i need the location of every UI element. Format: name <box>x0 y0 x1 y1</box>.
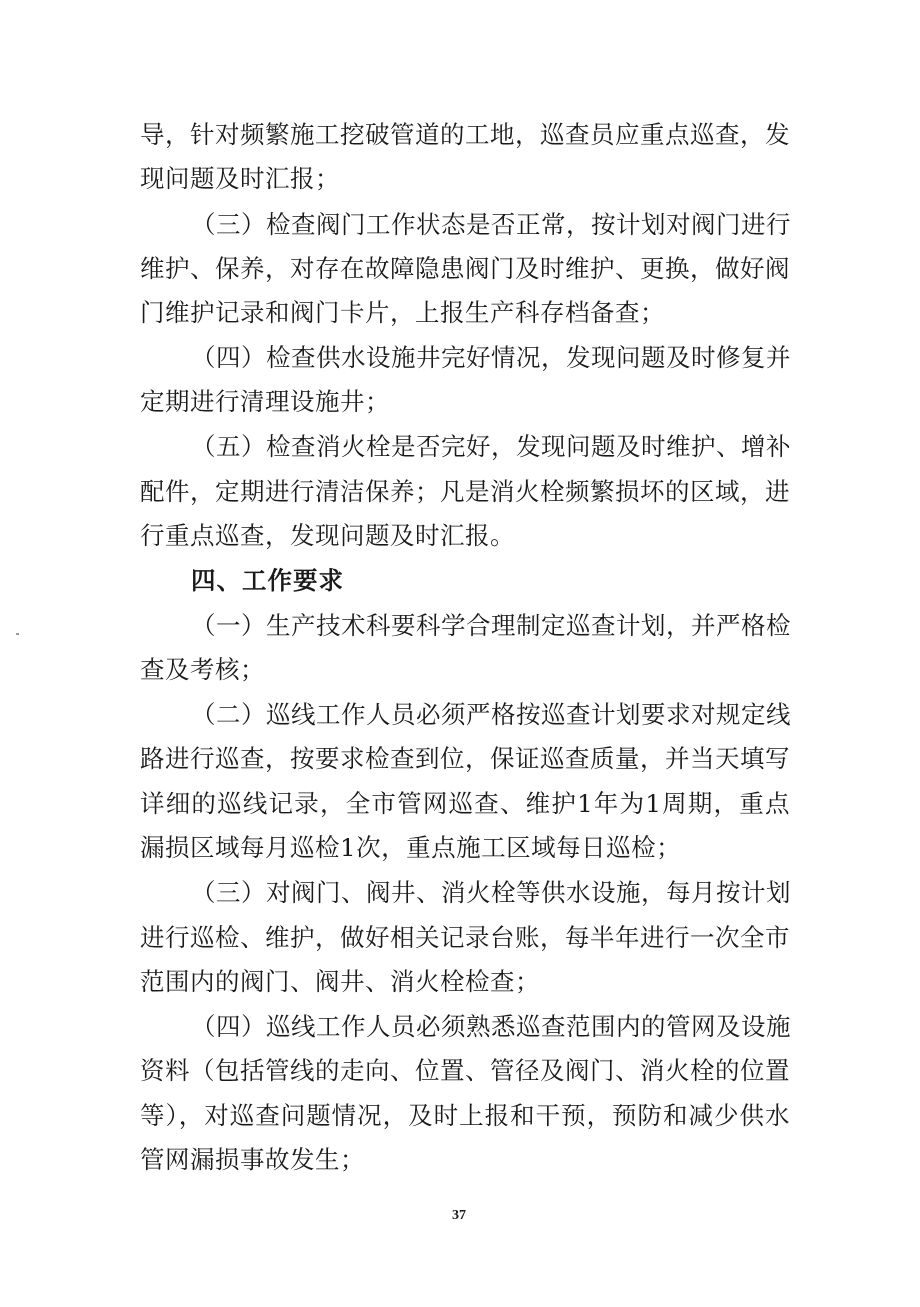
scan-artifact-mark <box>16 633 19 635</box>
paragraph-first-line: （三）对阀门、阀井、消火栓等供水设施，每月按计划 <box>191 878 790 908</box>
paragraph-line: 行重点巡查，发现问题及时汇报。 <box>140 521 790 551</box>
paragraph-line: 资料（包括管线的走向、位置、管径及阀门、消火栓的位置 <box>140 1056 790 1086</box>
paragraph-first-line: （一）生产技术科要科学合理制定巡查计划，并严格检 <box>191 611 790 641</box>
paragraph-first-line: （四）检查供水设施井完好情况，发现问题及时修复并 <box>191 343 790 373</box>
paragraph-first-line: （五）检查消火栓是否完好，发现问题及时维护、增补 <box>191 432 790 462</box>
paragraph-line: 路进行巡查，按要求检查到位，保证巡查质量，并当天填写 <box>140 744 790 774</box>
paragraph-line: 门维护记录和阀门卡片，上报生产科存档备查； <box>140 298 790 328</box>
paragraph-line: 查及考核； <box>140 655 790 685</box>
paragraph-line: 进行巡检、维护，做好相关记录台账，每半年进行一次全市 <box>140 923 790 953</box>
paragraph-line: 详细的巡线记录，全市管网巡查、维护1年为1周期，重点 <box>140 789 790 819</box>
paragraph-line: 现问题及时汇报； <box>140 164 790 194</box>
paragraph-line: 范围内的阀门、阀井、消火栓检查； <box>140 967 790 997</box>
section-heading: 四、工作要求 <box>191 566 344 596</box>
paragraph-first-line: （三）检查阀门工作状态是否正常，按计划对阀门进行 <box>191 210 790 240</box>
page-number: 37 <box>452 1208 466 1224</box>
paragraph-line: 维护、保养，对存在故障隐患阀门及时维护、更换，做好阀 <box>140 254 790 284</box>
paragraph-line: 管网漏损事故发生； <box>140 1145 790 1175</box>
paragraph-first-line: （二）巡线工作人员必须严格按巡查计划要求对规定线 <box>191 700 790 730</box>
paragraph-first-line: （四）巡线工作人员必须熟悉巡查范围内的管网及设施 <box>191 1012 790 1042</box>
paragraph-line: 导，针对频繁施工挖破管道的工地，巡查员应重点巡查，发 <box>140 120 790 150</box>
paragraph-line: 等），对巡查问题情况，及时上报和干预，预防和减少供水 <box>140 1101 790 1131</box>
paragraph-line: 漏损区域每月巡检1次，重点施工区域每日巡检； <box>140 833 790 863</box>
document-page: 导，针对频繁施工挖破管道的工地，巡查员应重点巡查，发现问题及时汇报；（三）检查阀… <box>0 0 920 1307</box>
paragraph-line: 定期进行清理设施井； <box>140 387 790 417</box>
paragraph-line: 配件，定期进行清洁保养；凡是消火栓频繁损坏的区域，进 <box>140 477 790 507</box>
